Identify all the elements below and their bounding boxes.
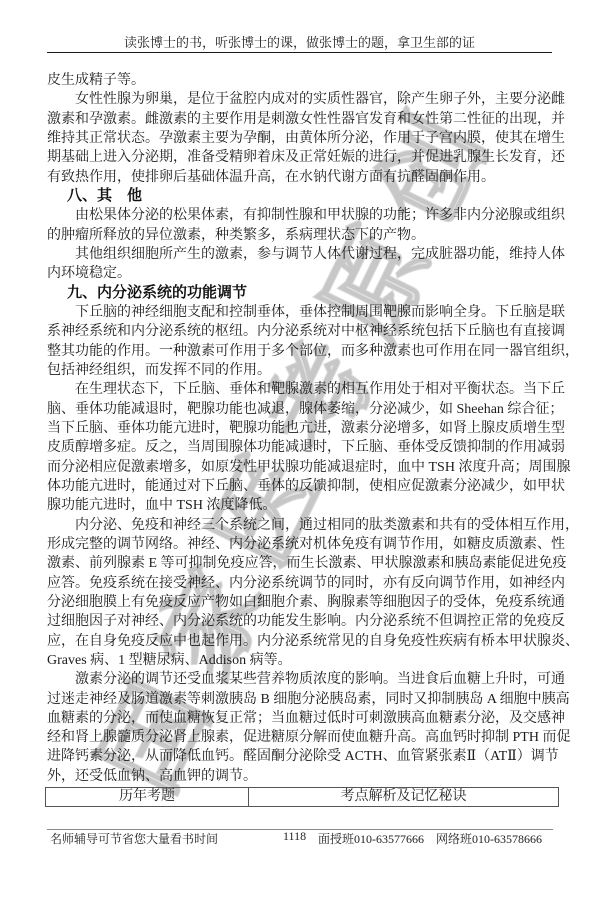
paragraph-hypothalamus: 下丘脑的神经细胞支配和控制垂体，垂体控制周围靶腺而影响全身。下丘脑是联 系神经系… [47,303,552,380]
paragraph-physiological-state: 在生理状态下，下丘脑、垂体和靶腺激素的相互作用处于相对平衡状态。当下丘 脑、垂体… [47,380,552,515]
text-line: 内环境稳定。 [47,264,552,283]
paragraph-pineal: 由松果体分泌的松果体素，有抑制性腺和甲状腺的功能；许多非内分泌腺或组织 的肿瘤所… [47,206,552,245]
paragraph-ovary: 女性性腺为卵巢，是位于盆腔内成对的实质性器官，除产生卵子外，主要分泌雌 激素和孕… [47,90,552,187]
footer-slogan: 名师辅导可节省您大量看书时间 [50,831,218,847]
exam-table: 历年考题 考点解析及记忆秘诀 [45,787,559,807]
document-body: 皮生成精子等。 女性性腺为卵巢，是位于盆腔内成对的实质性器官，除产生卵子外，主要… [47,71,552,786]
paragraph-immune-network: 内分泌、免疫和神经三个系统之间，通过相同的肽类激素和共有的受体相互作用， 形成完… [47,516,552,671]
text-line: 应，在自身免疫反应中也起作用。内分泌系统常见的自身免疫性疾病有桥本甲状腺炎、 [47,632,552,651]
text-line: 激素分泌的调节还受血浆某些营养物质浓度的影响。当进食后血糖上升时，可通 [47,670,552,689]
footer-online-class-phone: 网络班010-63578666 [436,831,542,847]
text-line: 在生理状态下，下丘脑、垂体和靶腺激素的相互作用处于相对平衡状态。当下丘 [47,380,552,399]
text-line: 形成完整的调节网络。神经、内分泌系统对机体免疫有调节作用，如糖皮质激素、性 [47,535,552,554]
text-line: 体功能亢进时，能通过对下丘脑、垂体的反馈抑制，使相应促激素分泌减少，如甲状 [47,477,552,496]
text-line: 激素和孕激素。雌激素的主要作用是刺激女性性器官发育和女性第二性征的出现，并 [47,110,552,129]
text-line: Graves 病、1 型糖尿病、Addison 病等。 [47,651,552,670]
text-line: 下丘脑的神经细胞支配和控制垂体，垂体控制周围靶腺而影响全身。下丘脑是联 [47,303,552,322]
header-divider [47,52,552,53]
text-line: 的肿瘤所释放的异位激素，种类繁多，系病理状态下的产物。 [47,226,552,245]
section-heading: 八、其 他 [47,187,552,206]
text-line: 经和肾上腺髓质分泌肾上腺素，促进糖原分解而使血糖升高。高血钙时抑制 PTH 而促 [47,728,552,747]
text-line: 过细胞因子对神经、内分泌系统的功能发生影响。内分泌系统不但调控正常的免疫反 [47,612,552,631]
section-heading: 九、内分泌系统的功能调节 [47,284,552,303]
text-line: 外，还受低血钠、高血钾的调节。 [47,767,552,786]
text-line: 进降钙素分泌，从而降低血钙。醛固酮分泌除受 ACTH、血管紧张素Ⅱ（ATⅡ）调节 [47,747,552,766]
text-line: 整其功能的作用。一种激素可作用于多个部位，而多种激素也可作用在同一器官组织， [47,342,552,361]
text-line: 由松果体分泌的松果体素，有抑制性腺和甲状腺的功能；许多非内分泌腺或组织 [47,206,552,225]
text-line: 包括神经组织，而发挥不同的作用。 [47,361,552,380]
text-line: 应答。免疫系统在接受神经、内分泌系统调节的同时，亦有反向调节作用，如神经内 [47,574,552,593]
text-line: 期基础上进入分泌期，准备受精卵着床及正常妊娠的进行，并促进乳腺生长发育，还 [47,148,552,167]
text-line: 激素、前列腺素 E 等可抑制免疫应答，而生长激素、甲状腺激素和胰岛素能促进免疫 [47,554,552,573]
text-line: 血糖素的分泌，而使血糖恢复正常；当血糖过低时可刺激胰高血糖素分泌，及交感神 [47,709,552,728]
running-header: 读张博士的书，听张博士的课，做张博士的题，拿卫生部的证 [47,34,552,52]
paragraph: 皮生成精子等。 [47,71,552,90]
table-header-past-exams: 历年考题 [46,788,249,806]
text-line: 女性性腺为卵巢，是位于盆腔内成对的实质性器官，除产生卵子外，主要分泌雌 [47,90,552,109]
paragraph-nutrient-regulation: 激素分泌的调节还受血浆某些营养物质浓度的影响。当进食后血糖上升时，可通 过迷走神… [47,670,552,786]
text-line: 而分泌相应促激素增多，如原发性甲状腺功能减退症时，血中 TSH 浓度升高；周围腺 [47,458,552,477]
page-footer: 名师辅导可节省您大量看书时间 1118 面授班010-63577666 网络班0… [0,831,600,847]
text-line: 过迷走神经及肠道激素等刺激胰岛 B 细胞分泌胰岛素，同时又抑制胰岛 A 细胞中胰… [47,690,552,709]
text-line: 皮生成精子等。 [47,71,552,90]
text-line: 系神经系统和内分泌系统的枢纽。内分泌系统对中枢神经系统包括下丘脑也有直接调 [47,322,552,341]
text-line: 皮质醇增多症。反之，当周围腺体功能减退时，下丘脑、垂体受反馈抑制的作用减弱 [47,438,552,457]
text-line: 分泌细胞膜上有免疫反应产物如白细胞介素、胸腺素等细胞因子的受体，免疫系统通 [47,593,552,612]
paragraph-other-tissue: 其他组织细胞所产生的激素，参与调节人体代谢过程，完成脏器功能，维持人体 内环境稳… [47,245,552,284]
text-line: 其他组织细胞所产生的激素，参与调节人体代谢过程，完成脏器功能，维持人体 [47,245,552,264]
text-line: 内分泌、免疫和神经三个系统之间，通过相同的肽类激素和共有的受体相互作用， [47,516,552,535]
text-line: 当下丘脑、垂体功能亢进时，靶腺功能也亢进，激素分泌增多，如肾上腺皮质增生型 [47,419,552,438]
table-header-key-points: 考点解析及记忆秘诀 [249,788,558,806]
text-line: 腺功能亢进时，血中 TSH 浓度降低。 [47,496,552,515]
footer-face-class-phone: 面授班010-63577666 [318,831,424,847]
text-line: 有致热作用，使排卵后基础体温升高，在水钠代谢方面有抗醛固酮作用。 [47,168,552,187]
text-line: 维持其正常状态。孕激素主要为孕酮，由黄体所分泌，作用于子宫内膜，使其在增生 [47,129,552,148]
page-number: 1118 [283,828,306,844]
text-line: 脑、垂体功能减退时，靶腺功能也减退，腺体萎缩，分泌减少，如 Sheehan 综合… [47,400,552,419]
